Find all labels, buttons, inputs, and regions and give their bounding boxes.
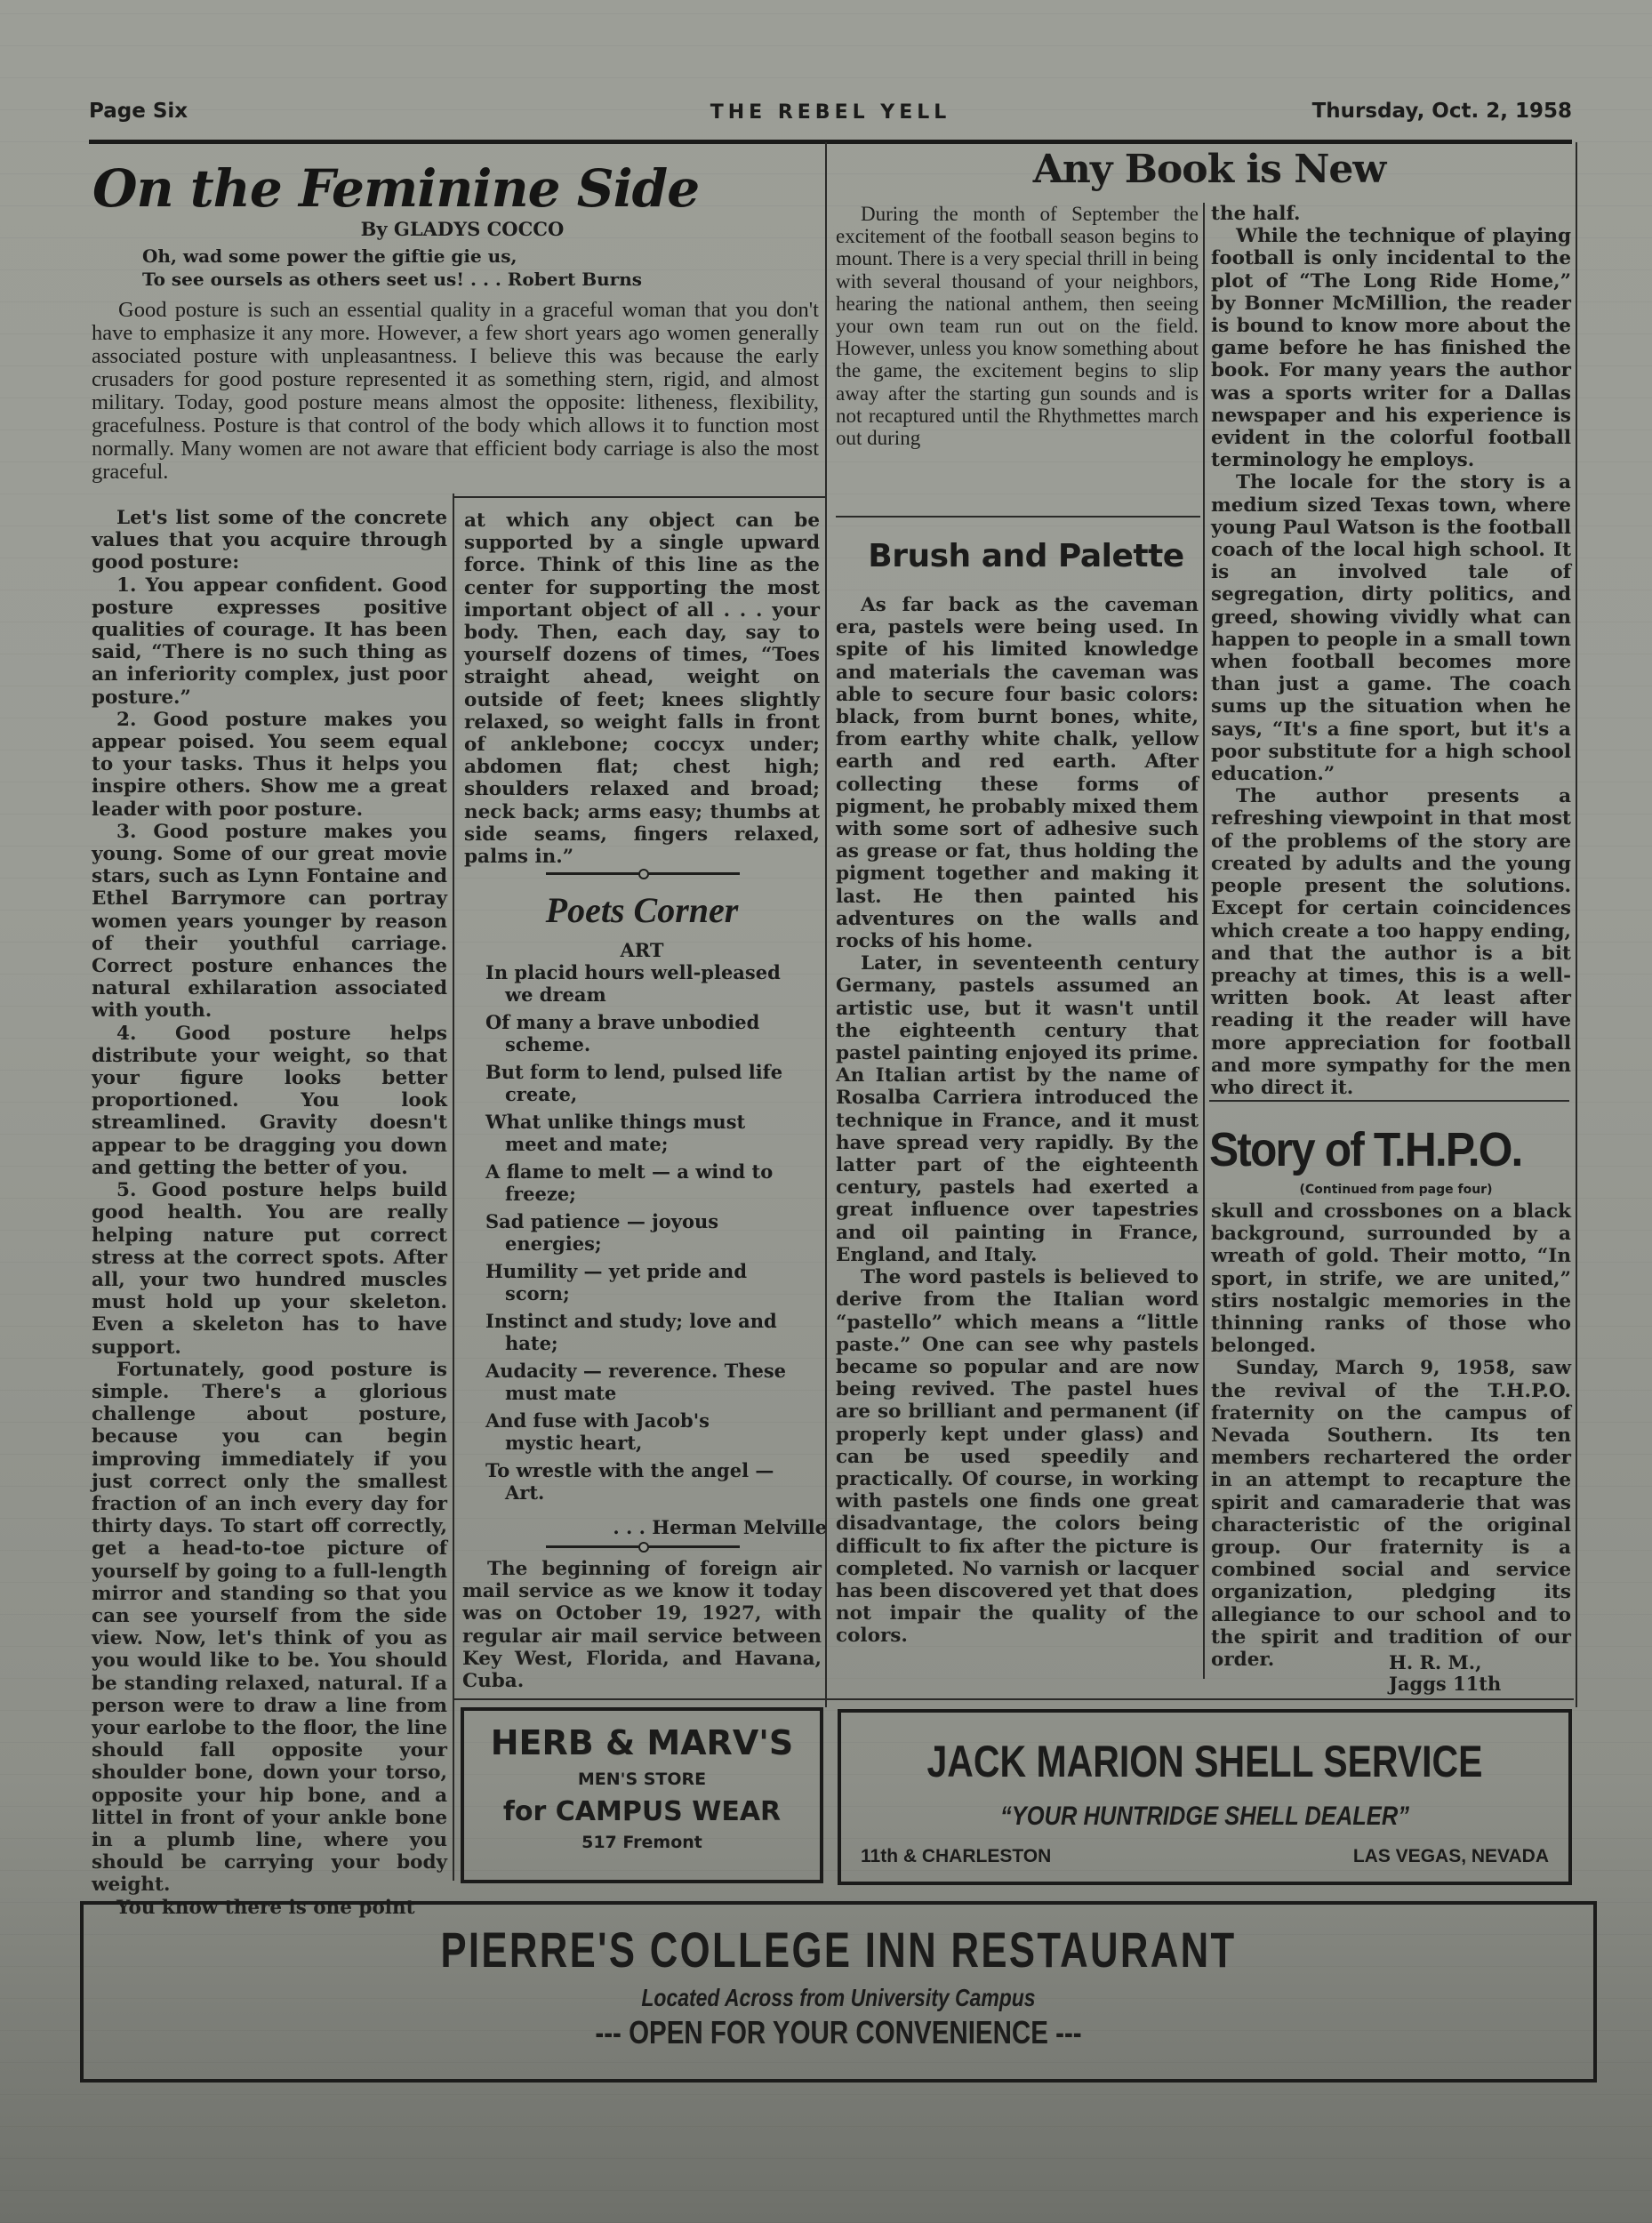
masthead: Page Six THE REBEL YELL Thursday, Oct. 2… [89,96,1572,132]
ad-jack-marion-shell: JACK MARION SHELL SERVICE “YOUR HUNTRIDG… [838,1709,1572,1885]
ad-address-row: 11th & CHARLESTON LAS VEGAS, NEVADA [861,1846,1549,1867]
poem-author: . . . Herman Melville [455,1516,827,1538]
poem-line: What unlike things mustmeet and mate; [485,1111,823,1155]
poem: In placid hours well-pleasedwe dream Of … [485,962,823,1510]
poem-line: In placid hours well-pleasedwe dream [485,962,823,1006]
poem-line: And fuse with Jacob'smystic heart, [485,1410,823,1454]
feminine-side-headline: On the Feminine Side [92,158,699,219]
feminine-intro: Good posture is such an essential qualit… [92,299,819,484]
epigraph-line: Oh, wad some power the giftie gie us, [142,245,642,268]
ad-line: for CAMPUS WEAR [464,1796,820,1827]
paragraph: Sunday, March 9, 1958, saw the revival o… [1211,1357,1571,1671]
newspaper-page: Page Six THE REBEL YELL Thursday, Oct. 2… [0,0,1652,2223]
ad-name: PIERRE'S COLLEGE INN RESTAURANT [250,1921,1427,1978]
poets-corner-headline: Poets Corner [455,889,829,931]
paragraph: at which any object can be supported by … [464,510,820,868]
ad-address-left: 11th & CHARLESTON [861,1846,1051,1867]
poem-line: Audacity — reverence. Thesemust mate [485,1360,823,1404]
section-rule [1209,1100,1569,1102]
poem-line: A flame to melt — a wind tofreeze; [485,1161,823,1205]
column-divider [453,494,454,1881]
column-divider [1203,203,1205,1679]
ad-name: HERB & MARV'S [464,1723,820,1762]
air-mail-filler: The beginning of foreign air mail servic… [462,1558,822,1692]
epigraph-line: To see oursels as others seet us! . . . … [142,268,642,291]
paragraph: 1. You appear confident. Good posture ex… [92,574,447,709]
section-rule [453,496,825,498]
paragraph: While the technique of playing football … [1211,225,1571,471]
poem-line: To wrestle with the angel —Art. [485,1460,823,1504]
issue-date: Thursday, Oct. 2, 1958 [1312,100,1572,123]
paragraph: 4. Good posture helps distribute your we… [92,1023,447,1179]
paragraph: Later, in seventeenth century Germany, p… [836,952,1199,1266]
signature-line: Jaggs 11th [1389,1673,1501,1695]
ornament-divider [546,872,740,875]
continued-from-note: (Continued from page four) [1209,1183,1583,1197]
paragraph: The word pastels is believed to derive f… [836,1266,1199,1647]
poem-line: Humility — yet pride andscorn; [485,1261,823,1304]
column-divider [1576,142,1577,1707]
feminine-epigraph: Oh, wad some power the giftie gie us, To… [142,245,642,291]
ad-name: JACK MARION SHELL SERVICE [907,1736,1504,1787]
signature-line: H. R. M., [1389,1652,1501,1673]
book-review-column-b: the half. While the technique of playing… [1211,203,1571,1099]
brush-palette-headline: Brush and Palette [839,538,1213,574]
poem-line: Sad patience — joyousenergies; [485,1211,823,1255]
feminine-byline: By GLADYS COCCO [89,218,836,240]
masthead-rule [89,140,1572,144]
ad-slogan: “YOUR HUNTRIDGE SHELL DEALER” [895,1802,1513,1832]
paragraph: The beginning of foreign air mail servic… [462,1558,822,1692]
ad-line: --- OPEN FOR YOUR CONVENIENCE --- [220,2014,1457,2051]
paragraph: the half. [1211,203,1571,225]
feminine-column-1: Let's list some of the concrete values t… [92,507,447,1919]
poem-title: ART [455,939,829,961]
book-review-headline: Any Book is New [836,147,1583,192]
brush-palette-body: As far back as the caveman era, pastels … [836,594,1199,1648]
thpo-headline: Story of T.H.P.O. [1209,1122,1552,1177]
ad-pierres-college-inn: PIERRE'S COLLEGE INN RESTAURANT Located … [80,1901,1597,2083]
ornament-divider [546,1545,740,1548]
thpo-body: skull and crossbones on a black backgrou… [1211,1200,1571,1671]
paragraph: Good posture is such an essential qualit… [92,299,819,484]
paragraph: During the month of September the excite… [836,203,1199,449]
poem-line: Instinct and study; love andhate; [485,1311,823,1354]
section-rule [453,1698,1574,1700]
paragraph: As far back as the caveman era, pastels … [836,594,1199,952]
poem-line: Of many a brave unbodiedscheme. [485,1012,823,1055]
thpo-signature: H. R. M., Jaggs 11th [1389,1652,1501,1695]
feminine-column-2: at which any object can be supported by … [464,510,820,868]
paragraph: 5. Good posture helps build good health.… [92,1179,447,1359]
ad-address-right: LAS VEGAS, NEVADA [1353,1846,1549,1867]
paragraph: The author presents a refreshing viewpoi… [1211,785,1571,1099]
ad-line: MEN'S STORE [464,1770,820,1789]
poem-line: But form to lend, pulsed lifecreate, [485,1062,823,1105]
paragraph: Fortunately, good posture is simple. The… [92,1359,447,1897]
paragraph: The locale for the story is a medium siz… [1211,471,1571,785]
book-review-column-a: During the month of September the excite… [836,203,1199,449]
ad-line: Located Across from University Campus [220,1984,1457,2012]
paragraph: 3. Good posture makes you young. Some of… [92,821,447,1023]
ad-address: 517 Fremont [464,1833,820,1852]
paragraph: skull and crossbones on a black backgrou… [1211,1200,1571,1357]
paragraph: 2. Good posture makes you appear poised.… [92,709,447,821]
paragraph: Let's list some of the concrete values t… [92,507,447,574]
section-rule [836,516,1200,518]
ad-herb-marvs: HERB & MARV'S MEN'S STORE for CAMPUS WEA… [461,1707,823,1883]
